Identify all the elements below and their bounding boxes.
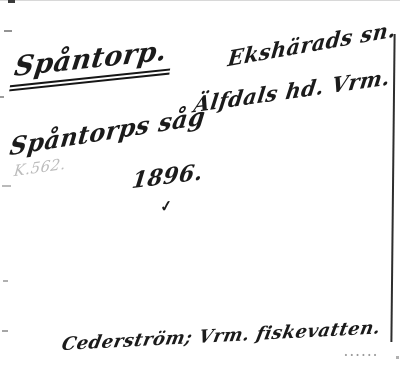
parish-name: Ekshärads sn. [227, 16, 398, 71]
entry-text: Spåntorps såg [8, 101, 207, 162]
source-citation: Cederström; Vrm. fiskevatten. [60, 317, 383, 355]
entry-year: 1896. [130, 159, 204, 194]
paper-speck [2, 185, 11, 187]
paper-speck [2, 330, 8, 332]
paper-speck [396, 356, 399, 359]
paper-speck [8, 0, 15, 3]
checkmark-icon: ✓ [159, 196, 174, 216]
card-edge-line [390, 34, 395, 342]
paper-speck [0, 96, 4, 98]
paper-speck [3, 280, 8, 282]
archive-card-scan: Spåntorp. Ekshärads sn. Älfdals hd. Vrm.… [0, 0, 400, 376]
scan-top-edge [0, 0, 400, 1]
paper-speck [4, 30, 12, 32]
place-name-heading: Spåntorp. [9, 35, 175, 92]
faint-dotted-trail: ...... [344, 346, 379, 359]
district-province: Älfdals hd. Vrm. [192, 64, 392, 117]
